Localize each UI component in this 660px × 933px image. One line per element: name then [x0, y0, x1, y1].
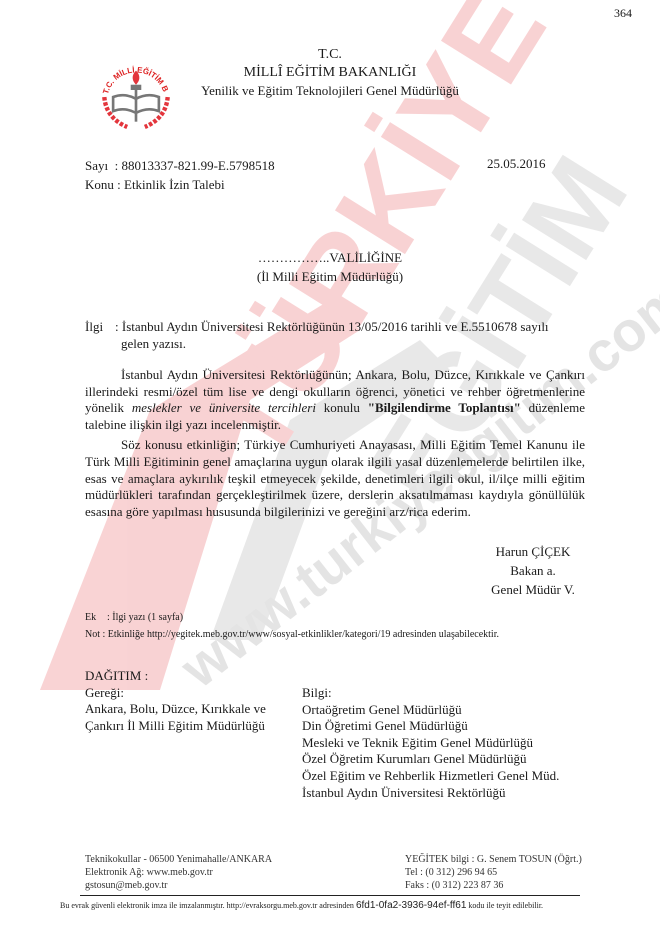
header-directorate: Yenilik ve Eğitim Teknolojileri Genel Mü…: [0, 82, 660, 100]
topic-italic: meslekler ve üniversite tercihleri: [132, 400, 316, 415]
footer-website[interactable]: Elektronik Ağ: www.meb.gov.tr: [85, 866, 272, 879]
header-tc: T.C.: [0, 46, 660, 64]
konu-label: Konu: [85, 177, 114, 192]
ilgi-line1: : İstanbul Aydın Üniversitesi Rektörlüğü…: [115, 319, 549, 334]
distribution-bilgi: Bilgi: Ortaöğretim Genel Müdürlüğü Din Ö…: [302, 685, 559, 801]
letterhead: T.C. MİLLÎ EĞİTİM BAKANLIĞI Yenilik ve E…: [0, 46, 660, 100]
geregi-item: Ankara, Bolu, Düzce, Kırıkkale ve: [85, 701, 266, 718]
document-meta: Sayı : 88013337-821.99-E.5798518 Konu : …: [85, 156, 275, 194]
bilgi-item: Mesleki ve Teknik Eğitim Genel Müdürlüğü: [302, 735, 559, 752]
addressee-line1: ……………..VALİLİĞİNE: [0, 248, 660, 267]
footer-contact: YEĞİTEK bilgi : G. Senem TOSUN (Öğrt.) T…: [405, 853, 582, 892]
attachments: Ek: İlgi yazı (1 sayfa) Not : Etkinliğe …: [85, 609, 499, 643]
signer-title-1: Bakan a.: [478, 561, 588, 580]
addressee-line2: (İl Milli Eğitim Müdürlüğü): [0, 267, 660, 286]
footer-email[interactable]: gstosun@meb.gov.tr: [85, 879, 272, 892]
not-value[interactable]: : Etkinliğe http://yegitek.meb.gov.tr/ww…: [103, 629, 499, 640]
paragraph-2: Söz konusu etkinliğin; Türkiye Cumhuriye…: [85, 437, 585, 520]
signature-block: Harun ÇİÇEK Bakan a. Genel Müdür V.: [478, 542, 588, 599]
konu-value: : Etkinlik İzin Talebi: [117, 177, 225, 192]
page-number: 364: [614, 6, 632, 21]
ek-label: Ek: [85, 609, 107, 626]
bilgi-item: İstanbul Aydın Üniversitesi Rektörlüğü: [302, 785, 559, 802]
signer-name: Harun ÇİÇEK: [478, 542, 588, 561]
footer-phone: Tel : (0 312) 296 94 65: [405, 866, 582, 879]
distribution-geregi: DAĞITIM : Gereği: Ankara, Bolu, Düzce, K…: [85, 668, 266, 734]
paragraph-1: İstanbul Aydın Üniversitesi Rektörlüğünü…: [85, 367, 585, 433]
bilgi-item: Ortaöğretim Genel Müdürlüğü: [302, 702, 559, 719]
addressee: ……………..VALİLİĞİNE (İl Milli Eğitim Müdür…: [0, 248, 660, 286]
meeting-title: "Bilgilendirme Toplantısı": [368, 400, 521, 415]
footer-divider: [80, 895, 580, 896]
ek-value: : İlgi yazı (1 sayfa): [107, 612, 183, 623]
bilgi-item: Özel Eğitim ve Rehberlik Hizmetleri Gene…: [302, 768, 559, 785]
letter-body: İstanbul Aydın Üniversitesi Rektörlüğünü…: [85, 367, 585, 524]
footer-address: Teknikokullar - 06500 Yenimahalle/ANKARA…: [85, 853, 272, 892]
ilgi-label: İlgi: [85, 318, 115, 335]
verification-note: Bu evrak güvenli elektronik imza ile imz…: [60, 900, 543, 911]
sayi-label: Sayı: [85, 158, 108, 173]
distribution-title: DAĞITIM :: [85, 668, 266, 685]
ilgi-line2: gelen yazısı.: [85, 335, 585, 352]
verification-code: 6fd1-0fa2-3936-94ef-ff61: [356, 900, 466, 911]
bilgi-item: Özel Öğretim Kurumları Genel Müdürlüğü: [302, 751, 559, 768]
reference: İlgi: İstanbul Aydın Üniversitesi Rektör…: [85, 318, 585, 352]
signer-title-2: Genel Müdür V.: [478, 580, 588, 599]
footer-fax: Faks : (0 312) 223 87 36: [405, 879, 582, 892]
bilgi-label: Bilgi:: [302, 685, 559, 702]
geregi-label: Gereği:: [85, 685, 266, 702]
header-ministry: MİLLÎ EĞİTİM BAKANLIĞI: [0, 64, 660, 82]
document-date: 25.05.2016: [487, 156, 546, 172]
not-label: Not: [85, 629, 100, 640]
geregi-item: Çankırı İl Milli Eğitim Müdürlüğü: [85, 718, 266, 735]
bilgi-item: Din Öğretimi Genel Müdürlüğü: [302, 718, 559, 735]
sayi-value: : 88013337-821.99-E.5798518: [115, 158, 275, 173]
